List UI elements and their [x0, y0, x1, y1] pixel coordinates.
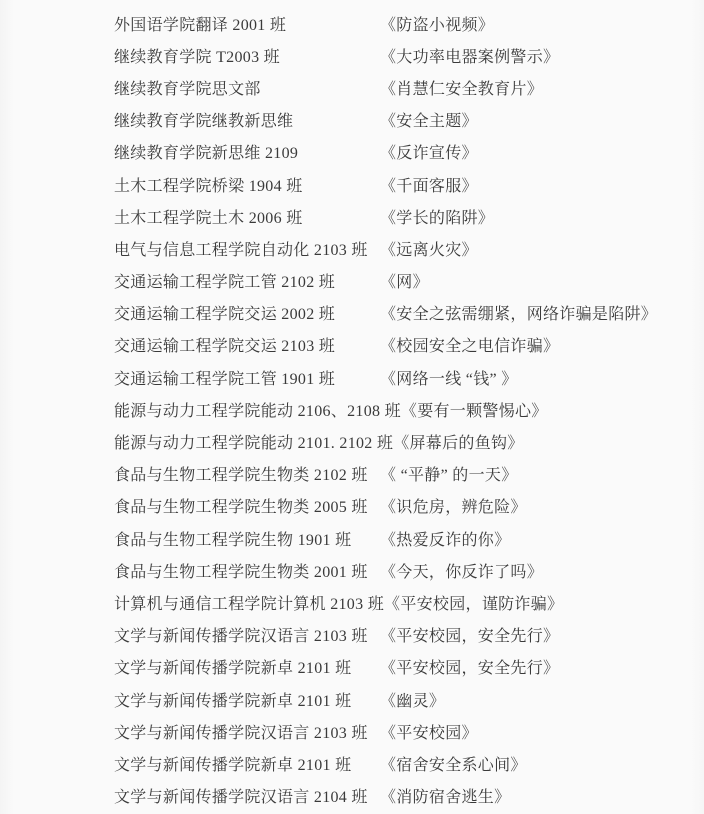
- class-name: 土木工程学院桥梁 1904 班: [114, 173, 380, 196]
- list-item: 交通运输工程学院工管 2102 班 《网》: [114, 265, 704, 297]
- video-title: 《安全主题》: [380, 108, 704, 131]
- list-item: 交通运输工程学院交运 2103 班 《校园安全之电信诈骗》: [114, 329, 704, 361]
- list-item: 文学与新闻传播学院汉语言 2103 班 《平安校园》: [114, 715, 704, 747]
- class-name: 继续教育学院继教新思维: [114, 108, 380, 131]
- class-name: 食品与生物工程学院生物类 2001 班: [114, 559, 380, 582]
- class-name: 文学与新闻传播学院新卓 2101 班: [114, 752, 380, 775]
- video-title: 《消防宿舍逃生》: [380, 784, 704, 807]
- list-item: 继续教育学院思文部 《肖慧仁安全教育片》: [114, 71, 704, 103]
- list-item: 食品与生物工程学院生物类 2005 班 《识危房，辨危险》: [114, 490, 704, 522]
- video-title: 《学长的陷阱》: [380, 205, 704, 228]
- video-title: 《校园安全之电信诈骗》: [380, 333, 704, 356]
- class-name: 计算机与通信工程学院计算机 2103 班: [114, 591, 384, 614]
- class-name: 电气与信息工程学院自动化 2103 班: [114, 237, 380, 260]
- video-title: 《热爱反诈的你》: [380, 527, 704, 550]
- class-name: 继续教育学院新思维 2109: [114, 140, 380, 163]
- video-title: 《远离火灾》: [380, 237, 704, 260]
- list-item: 文学与新闻传播学院新卓 2101 班 《宿舍安全系心间》: [114, 747, 704, 779]
- list-item: 食品与生物工程学院生物类 2102 班 《 “平静” 的一天》: [114, 458, 704, 490]
- list-item: 继续教育学院继教新思维 《安全主题》: [114, 104, 704, 136]
- class-video-list: 外国语学院翻译 2001 班 《防盗小视频》 继续教育学院 T2003 班 《大…: [0, 0, 704, 812]
- video-title: 《防盗小视频》: [380, 12, 704, 35]
- class-name: 能源与动力工程学院能动 2106、2108 班: [114, 398, 401, 421]
- class-name: 文学与新闻传播学院汉语言 2103 班: [114, 720, 380, 743]
- video-title: 《网络一线 “钱” 》: [380, 366, 704, 389]
- video-title: 《肖慧仁安全教育片》: [380, 76, 704, 99]
- list-item: 土木工程学院土木 2006 班 《学长的陷阱》: [114, 200, 704, 232]
- video-title: 《网》: [380, 269, 704, 292]
- class-name: 土木工程学院土木 2006 班: [114, 205, 380, 228]
- video-title: 《平安校园》: [380, 720, 704, 743]
- list-item: 外国语学院翻译 2001 班 《防盗小视频》: [114, 7, 704, 39]
- video-title: 《安全之弦需绷紧，网络诈骗是陷阱》: [380, 301, 704, 324]
- list-item: 能源与动力工程学院能动 2106、2108 班 《要有一颗警惕心》: [114, 393, 704, 425]
- list-item: 文学与新闻传播学院新卓 2101 班 《平安校园，安全先行》: [114, 651, 704, 683]
- video-title: 《平安校园，安全先行》: [380, 623, 704, 646]
- video-title: 《平安校园，谨防诈骗》: [384, 591, 704, 614]
- list-item: 能源与动力工程学院能动 2101. 2102 班 《屏幕后的鱼钩》: [114, 425, 704, 457]
- video-title: 《今天，你反诈了吗》: [380, 559, 704, 582]
- class-name: 食品与生物工程学院生物类 2005 班: [114, 494, 380, 517]
- video-title: 《宿舍安全系心间》: [380, 752, 704, 775]
- class-name: 食品与生物工程学院生物 1901 班: [114, 527, 380, 550]
- video-title: 《屏幕后的鱼钩》: [393, 430, 704, 453]
- video-title: 《 “平静” 的一天》: [380, 462, 704, 485]
- class-name: 文学与新闻传播学院新卓 2101 班: [114, 655, 380, 678]
- list-item: 交通运输工程学院工管 1901 班 《网络一线 “钱” 》: [114, 361, 704, 393]
- class-name: 外国语学院翻译 2001 班: [114, 12, 380, 35]
- video-title: 《大功率电器案例警示》: [380, 44, 704, 67]
- video-title: 《反诈宣传》: [380, 140, 704, 163]
- list-item: 土木工程学院桥梁 1904 班 《千面客服》: [114, 168, 704, 200]
- list-item: 计算机与通信工程学院计算机 2103 班 《平安校园，谨防诈骗》: [114, 586, 704, 618]
- video-title: 《幽灵》: [380, 688, 704, 711]
- document-page: 外国语学院翻译 2001 班 《防盗小视频》 继续教育学院 T2003 班 《大…: [0, 0, 704, 814]
- class-name: 文学与新闻传播学院汉语言 2104 班: [114, 784, 380, 807]
- list-item: 电气与信息工程学院自动化 2103 班 《远离火灾》: [114, 232, 704, 264]
- list-item: 文学与新闻传播学院新卓 2101 班 《幽灵》: [114, 683, 704, 715]
- class-name: 食品与生物工程学院生物类 2102 班: [114, 462, 380, 485]
- class-name: 能源与动力工程学院能动 2101. 2102 班: [114, 430, 393, 453]
- list-item: 食品与生物工程学院生物类 2001 班 《今天，你反诈了吗》: [114, 554, 704, 586]
- class-name: 交通运输工程学院交运 2002 班: [114, 301, 380, 324]
- class-name: 交通运输工程学院工管 1901 班: [114, 366, 380, 389]
- list-item: 继续教育学院新思维 2109 《反诈宣传》: [114, 136, 704, 168]
- list-item: 文学与新闻传播学院汉语言 2103 班 《平安校园，安全先行》: [114, 619, 704, 651]
- video-title: 《千面客服》: [380, 173, 704, 196]
- class-name: 交通运输工程学院交运 2103 班: [114, 333, 380, 356]
- list-item: 食品与生物工程学院生物 1901 班 《热爱反诈的你》: [114, 522, 704, 554]
- class-name: 交通运输工程学院工管 2102 班: [114, 269, 380, 292]
- list-item: 交通运输工程学院交运 2002 班 《安全之弦需绷紧，网络诈骗是陷阱》: [114, 297, 704, 329]
- class-name: 文学与新闻传播学院新卓 2101 班: [114, 688, 380, 711]
- class-name: 文学与新闻传播学院汉语言 2103 班: [114, 623, 380, 646]
- list-item: 文学与新闻传播学院汉语言 2104 班 《消防宿舍逃生》: [114, 780, 704, 812]
- video-title: 《要有一颗警惕心》: [401, 398, 704, 421]
- class-name: 继续教育学院 T2003 班: [114, 44, 380, 67]
- list-item: 继续教育学院 T2003 班 《大功率电器案例警示》: [114, 39, 704, 71]
- video-title: 《识危房，辨危险》: [380, 494, 704, 517]
- video-title: 《平安校园，安全先行》: [380, 655, 704, 678]
- class-name: 继续教育学院思文部: [114, 76, 380, 99]
